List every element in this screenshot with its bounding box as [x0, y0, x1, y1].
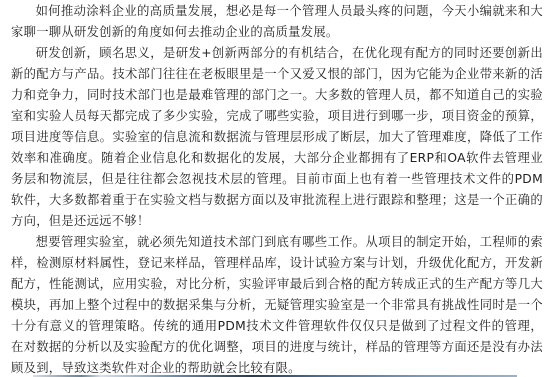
paragraph-intro: 如何推动涂料企业的高质量发展，想必是每一个管理人员最头疼的问题，今天小编就来和大… — [11, 1, 543, 43]
paragraph-lab-management: 想要管理实验室，就必须先知道技术部门到底有哪些工作。从项目的制定开始，工程师的索… — [11, 232, 543, 377]
article-body: 如何推动涂料企业的高质量发展，想必是每一个管理人员最头疼的问题，今天小编就来和大… — [11, 1, 543, 377]
paragraph-rd-innovation: 研发创新，顾名思义，是研发+创新两部分的有机结合，在优化现有配方的同时还要创新出… — [11, 43, 543, 232]
